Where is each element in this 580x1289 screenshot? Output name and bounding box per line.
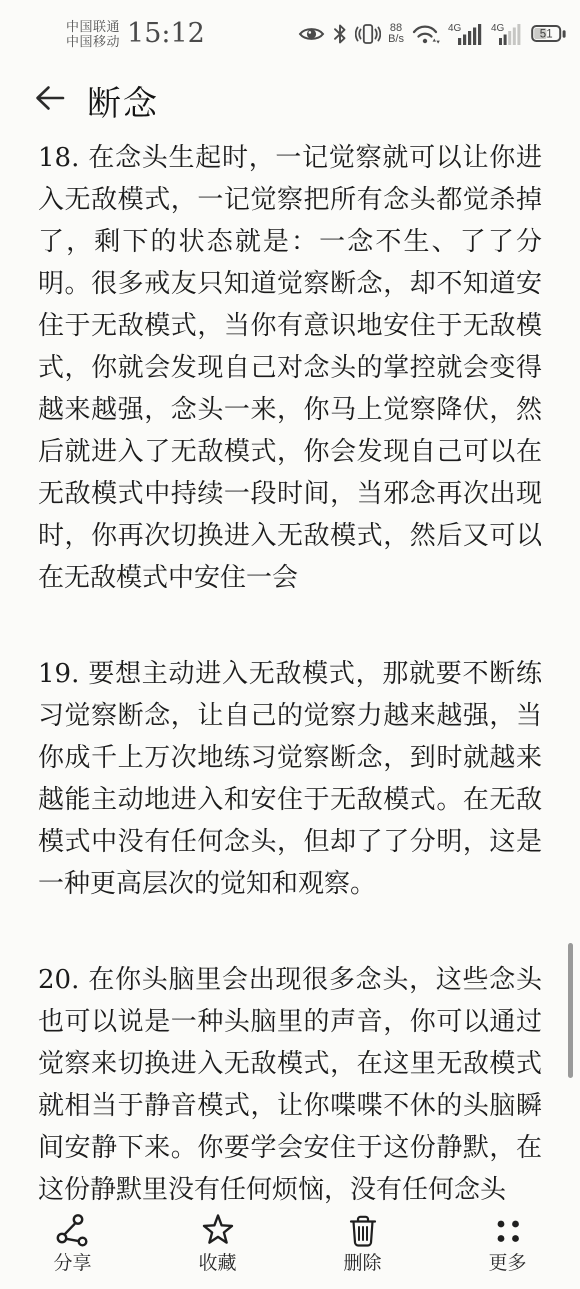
vibrate-icon — [355, 23, 381, 45]
status-time: 15:12 — [127, 20, 205, 48]
status-bar: 中国联通 中国移动 15:12 — [0, 0, 580, 62]
signal-icon-sim2: 4G — [491, 22, 524, 46]
back-button[interactable] — [33, 83, 67, 117]
favorite-button[interactable]: 收藏 — [145, 1211, 290, 1275]
star-icon — [198, 1211, 238, 1251]
article-content[interactable]: 18. 在念头生起时，一记觉察就可以让你进入无敌模式，一记觉察把所有念头都觉杀掉… — [38, 137, 542, 1204]
status-icons: 88 B/s 4G — [298, 22, 568, 46]
back-arrow-icon — [33, 81, 67, 120]
network-speed: 88 B/s — [388, 23, 404, 46]
wifi-icon — [411, 22, 441, 46]
svg-text:4G: 4G — [491, 23, 505, 34]
scrollbar-thumb[interactable] — [568, 943, 573, 1078]
toolbar-label: 收藏 — [198, 1253, 236, 1275]
carrier-name-2: 中国移动 — [66, 34, 120, 49]
share-icon — [54, 1211, 92, 1251]
paragraph: 20. 在你头脑里会出现很多念头，这些念头也可以说是一种头脑里的声音，你可以通过… — [38, 959, 542, 1204]
app-header: 断念 — [0, 62, 580, 138]
eye-comfort-icon — [298, 24, 325, 44]
toolbar-label: 更多 — [488, 1253, 526, 1275]
page-title: 断念 — [87, 76, 159, 125]
toolbar-label: 删除 — [343, 1253, 381, 1275]
paragraph: 18. 在念头生起时，一记觉察就可以让你进入无敌模式，一记觉察把所有念头都觉杀掉… — [38, 137, 542, 599]
more-button[interactable]: 更多 — [435, 1211, 580, 1275]
carrier-name-1: 中国联通 — [66, 19, 120, 34]
carrier-names: 中国联通 中国移动 — [66, 19, 120, 49]
paragraph: 19. 要想主动进入无敌模式，那就要不断练习觉察断念，让自己的觉察力越来越强，当… — [38, 653, 542, 905]
phone-screen: 中国联通 中国移动 15:12 — [0, 0, 580, 1289]
signal-icon-sim1: 4G — [448, 22, 484, 46]
share-button[interactable]: 分享 — [0, 1211, 145, 1275]
battery-icon: 51 — [531, 23, 568, 45]
delete-button[interactable]: 删除 — [290, 1211, 435, 1275]
network-speed-unit: B/s — [388, 34, 404, 46]
trash-icon — [344, 1211, 382, 1251]
svg-text:4G: 4G — [448, 23, 462, 34]
svg-text:51: 51 — [540, 29, 553, 41]
bottom-toolbar: 分享 收藏 删除 — [0, 1204, 580, 1289]
more-dots-icon — [489, 1211, 527, 1251]
toolbar-label: 分享 — [53, 1253, 91, 1275]
bluetooth-icon — [332, 23, 348, 45]
